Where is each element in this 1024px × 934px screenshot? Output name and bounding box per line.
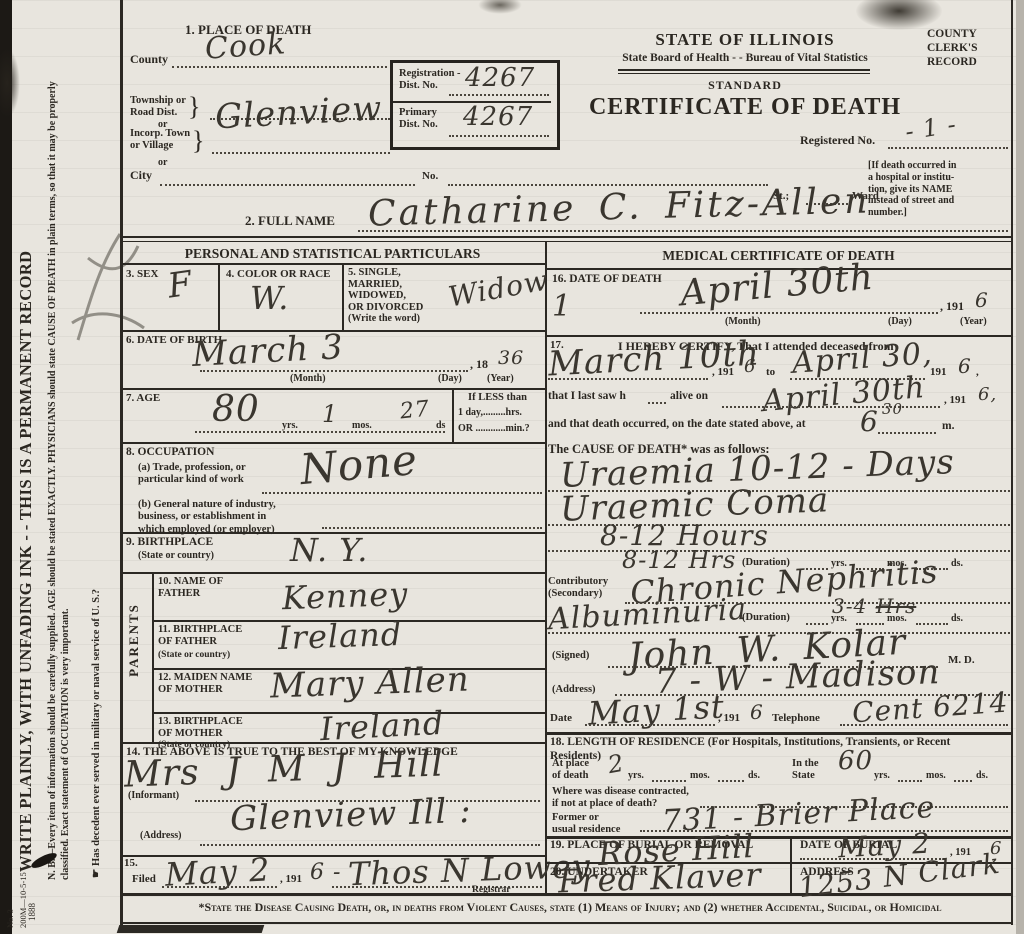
- dob-value: March 3: [191, 330, 344, 372]
- death-occurred-label: and that death occurred, on the date sta…: [548, 418, 806, 432]
- board-underline-2: [618, 73, 870, 74]
- marital-value: Widow: [446, 266, 550, 311]
- age-months-value: 1: [322, 402, 338, 426]
- certificate-title: CERTIFICATE OF DEATH: [555, 93, 935, 121]
- filed-section-number: 15.: [124, 857, 138, 870]
- at-place-label: At place of death: [552, 758, 589, 783]
- margin-stamp-year: 1888: [27, 881, 37, 921]
- at-place-dot-a: [652, 780, 686, 782]
- telephone-label: Telephone: [772, 712, 820, 725]
- pointing-hand-icon: ☛: [91, 869, 102, 878]
- date-of-death-dotted: [640, 312, 938, 314]
- personal-title: PERSONAL AND STATISTICAL PARTICULARS: [120, 246, 545, 262]
- filed-dotted-1: [162, 886, 277, 888]
- to-year-value: 6: [958, 356, 972, 376]
- contributory-label: Contributory (Secondary): [548, 576, 608, 601]
- dob-month-caption: (Month): [290, 373, 326, 385]
- parents-strip-divider: [152, 572, 154, 742]
- in-state-label: In the State: [792, 758, 819, 783]
- registrar-caption: Registrar: [472, 885, 511, 896]
- less-than-line2: 1 day,.........hrs.: [458, 407, 522, 419]
- telephone-value: Cent 6214: [851, 689, 1009, 728]
- birthplace-rule: [120, 572, 545, 574]
- standard-label: STANDARD: [565, 78, 925, 92]
- duration2-yrs: yrs.: [831, 613, 847, 625]
- to-label: to: [766, 366, 775, 379]
- table-right-border: [1011, 0, 1013, 925]
- medical-title: MEDICAL CERTIFICATE OF DEATH: [545, 248, 1012, 264]
- father-birthplace-value: Ireland: [277, 618, 402, 654]
- state-of-illinois: STATE OF ILLINOIS: [580, 30, 910, 50]
- mother-name-value: Mary Allen: [269, 663, 470, 704]
- registration-district-box: Registration - Dist. No. 4267 Primary Di…: [390, 60, 560, 150]
- attended-from-dotted: [548, 378, 708, 380]
- birthplace-sub-label: (State or country): [138, 550, 214, 562]
- last-saw-gap-dotted: [648, 402, 666, 404]
- mother-name-label: 12. MAIDEN NAME OF MOTHER: [158, 672, 252, 697]
- fullname-rule-bottom: [120, 241, 1013, 242]
- duration2-ds: ds.: [951, 613, 963, 625]
- top-smudge-large: [856, 0, 942, 30]
- margin-form-codes: No. 3 200M—10-5-15: [4, 818, 30, 928]
- md-label: M. D.: [948, 654, 975, 667]
- registration-dist-no-value: 4267: [465, 65, 535, 91]
- dod-year-value: 6: [975, 290, 989, 310]
- age-label: 7. AGE: [126, 392, 160, 405]
- duration2-dot-c: [916, 623, 948, 625]
- death-time-value: 6: [860, 408, 879, 436]
- occupation-a-dotted: [262, 492, 542, 494]
- occupation-a-label: (a) Trade, profession, or particular kin…: [138, 462, 246, 487]
- registered-no-value: - 1 -: [903, 112, 958, 144]
- parents-rule: [120, 742, 545, 744]
- occupation-a-value: None: [298, 439, 419, 491]
- full-name-value: Catharine C. Fitz-Allen: [368, 183, 871, 232]
- to-year-printed: 191: [930, 366, 947, 379]
- sex-race-divider: [218, 263, 220, 330]
- top-smudge-small: [478, 0, 522, 14]
- father-name-value: Kenney: [281, 578, 408, 614]
- mother-birthplace-value: Ireland: [319, 707, 445, 745]
- death-certificate-scan: WRITE PLAINLY, WITH UNFADING INK - - THI…: [0, 0, 1024, 934]
- residence-rule-top: [545, 732, 1012, 735]
- dod-year-caption: (Year): [960, 316, 987, 328]
- registered-no-label: Registered No.: [800, 133, 875, 147]
- board-underline-1: [618, 69, 870, 71]
- informant-caption: (Informant): [128, 790, 179, 802]
- town-value: Glenview: [214, 92, 383, 135]
- incorp-brace: }: [192, 126, 204, 157]
- saw-year-printed: , 191: [944, 394, 966, 407]
- township-brace: }: [188, 92, 200, 123]
- death-time-superscript: 30: [882, 402, 903, 417]
- age-subbox-divider: [452, 388, 454, 442]
- registration-label: Registration -: [399, 68, 461, 80]
- former-residence-label: Former or usual residence: [552, 812, 620, 837]
- last-saw-dotted: [722, 406, 940, 408]
- county-label: County: [130, 52, 168, 66]
- registration-dotted-line: [449, 94, 549, 96]
- last-saw-label-2: alive on: [670, 390, 708, 404]
- duration-label-2: (Duration): [742, 612, 790, 624]
- table-left-border: [120, 0, 123, 925]
- dob-year-caption: (Year): [487, 373, 514, 385]
- primary-dist-no-label: Dist. No.: [399, 119, 438, 131]
- in-state-value: 60: [838, 748, 873, 774]
- undertaker-value: Fred Klaver: [558, 858, 763, 897]
- birthplace-value: N. Y.: [290, 534, 368, 566]
- at-place-yrs: yrs.: [628, 770, 644, 782]
- dob-year-printed: , 18: [470, 357, 488, 371]
- in-state-dot-b: [954, 780, 972, 782]
- dod-day-caption: (Day): [888, 316, 912, 328]
- filed-label: Filed: [132, 873, 156, 886]
- father-birthplace-label: 11. BIRTHPLACE OF FATHER: [158, 624, 242, 649]
- age-dotted: [195, 431, 445, 433]
- informant-address-value: Glenview Ill :: [229, 794, 472, 836]
- informant-value: Mrs J M J Hill: [123, 746, 444, 793]
- incorp-town-label: Incorp. Town or Village: [130, 128, 190, 153]
- to-comma: ,: [976, 366, 979, 379]
- dod-month-caption: (Month): [725, 316, 761, 328]
- in-state-dot-a: [898, 780, 922, 782]
- informant-address-dotted: [200, 844, 540, 846]
- telephone-dotted: [840, 724, 1008, 726]
- albuminuria-value: Albuminuria: [547, 595, 748, 635]
- stray-pen-mark: 1: [552, 292, 572, 322]
- incorp-dotted-line: [212, 152, 390, 154]
- saw-year-value: 6,: [978, 386, 997, 404]
- county-value: Cook: [204, 29, 287, 65]
- or-label-2: or: [158, 157, 167, 169]
- registration-dist-no-label: Dist. No.: [399, 80, 438, 92]
- meridiem-label: m.: [942, 420, 954, 434]
- scan-left-edge: [0, 0, 12, 934]
- date-of-death-label: 16. DATE OF DEATH: [552, 273, 662, 287]
- full-name-label: 2. FULL NAME: [245, 213, 335, 228]
- less-than-line1: If LESS than: [468, 392, 527, 404]
- at-place-mos: mos.: [690, 770, 710, 782]
- from-year-value: 6: [744, 358, 756, 376]
- margin-military-question: ☛ Has decedent ever served in military o…: [90, 398, 102, 878]
- less-than-line3: OR ............min.?: [458, 423, 530, 435]
- sex-label: 3. SEX: [126, 268, 158, 281]
- parents-vertical-label: PARENTS: [126, 575, 141, 705]
- occupation-b-dotted: [322, 527, 542, 529]
- footer-rule-bottom: [120, 922, 1013, 924]
- age-years-value: 80: [212, 392, 260, 428]
- father-name-label: 10. NAME OF FATHER: [158, 576, 223, 601]
- in-state-yrs: yrs.: [874, 770, 890, 782]
- age-ds-label: ds: [436, 420, 445, 432]
- margin-nb-note: N. B.—Every item of information should b…: [46, 65, 72, 880]
- dod-rule: [545, 335, 1012, 337]
- physician-date-year-printed: , 191: [718, 712, 740, 725]
- informant-address-caption: (Address): [140, 830, 181, 842]
- sex-value: F: [166, 266, 195, 303]
- duration1-ds: ds.: [951, 558, 963, 570]
- burial-grid-divider: [790, 836, 792, 893]
- dob-rule: [120, 388, 545, 390]
- form-number: No. 3: [4, 818, 17, 928]
- cut-off-stamp: [117, 925, 265, 933]
- primary-dist-no-value: 4267: [463, 104, 533, 130]
- scan-edge-smudge: [0, 48, 20, 118]
- mother-birthplace-label: 13. BIRTHPLACE OF MOTHER: [158, 716, 243, 741]
- occupation-b-label: (b) General nature of industry, business…: [138, 499, 276, 536]
- last-saw-label-1: that I last saw h: [548, 390, 626, 404]
- township-label: Township or Road Dist.: [130, 95, 186, 120]
- margin-permanent-record-text: WRITE PLAINLY, WITH UNFADING INK - - THI…: [16, 132, 36, 872]
- signed-caption: (Signed): [552, 650, 589, 662]
- county-dotted-line: [172, 66, 387, 68]
- age-yrs-label: yrs.: [282, 420, 298, 432]
- physician-date-year-value: 6: [750, 702, 764, 722]
- from-year-printed: , 191: [712, 366, 734, 379]
- at-place-ds: ds.: [748, 770, 760, 782]
- at-place-dot-b: [718, 780, 744, 782]
- military-question-text: Has decedent ever served in military or …: [91, 589, 102, 866]
- filed-year-printed: , 191: [280, 873, 302, 886]
- county-clerks-record: COUNTY CLERK'S RECORD: [927, 28, 1012, 69]
- marital-sub-label: (Write the word): [348, 313, 420, 325]
- hospital-note: [If death occurred in a hospital or inst…: [868, 160, 1018, 219]
- marital-label: 5. SINGLE, MARRIED, WIDOWED, OR DIVORCED: [348, 267, 423, 313]
- in-state-mos: mos.: [926, 770, 946, 782]
- city-dotted-line: [160, 184, 415, 186]
- race-marital-divider: [342, 263, 344, 330]
- dod-year-printed: , 191: [940, 299, 964, 313]
- in-state-ds: ds.: [976, 770, 988, 782]
- dob-dotted: [200, 370, 468, 372]
- street-no-label: No.: [422, 170, 438, 183]
- father-birthplace-sub: (State or country): [158, 650, 230, 661]
- primary-dotted-line: [449, 135, 549, 137]
- board-of-health: State Board of Health - - Bureau of Vita…: [565, 52, 925, 66]
- registered-no-dotted: [888, 147, 1008, 149]
- dob-day-caption: (Day): [438, 373, 462, 385]
- age-mos-label: mos.: [352, 420, 372, 432]
- filed-year-value: 6 -: [310, 862, 341, 884]
- fullname-rule-top: [120, 236, 1013, 238]
- duration2-dot-a: [806, 623, 828, 625]
- primary-label: Primary: [399, 107, 437, 119]
- column-divider: [545, 241, 547, 893]
- birthplace-label: 9. BIRTHPLACE: [126, 536, 213, 550]
- occupation-label: 8. OCCUPATION: [126, 446, 214, 460]
- age-days-value: 27: [399, 398, 431, 423]
- physician-date-label: Date: [550, 712, 572, 725]
- physician-date-dotted: [585, 724, 715, 726]
- scan-right-edge: [1016, 0, 1024, 934]
- death-time-dotted: [878, 432, 936, 434]
- dob-year-value: 36: [498, 349, 524, 368]
- race-value: W.: [250, 282, 289, 314]
- city-label: City: [130, 168, 152, 182]
- cause-dotted-3: [548, 550, 1010, 552]
- footer-disease-note: *State the Disease Causing Death, or, in…: [128, 900, 1012, 914]
